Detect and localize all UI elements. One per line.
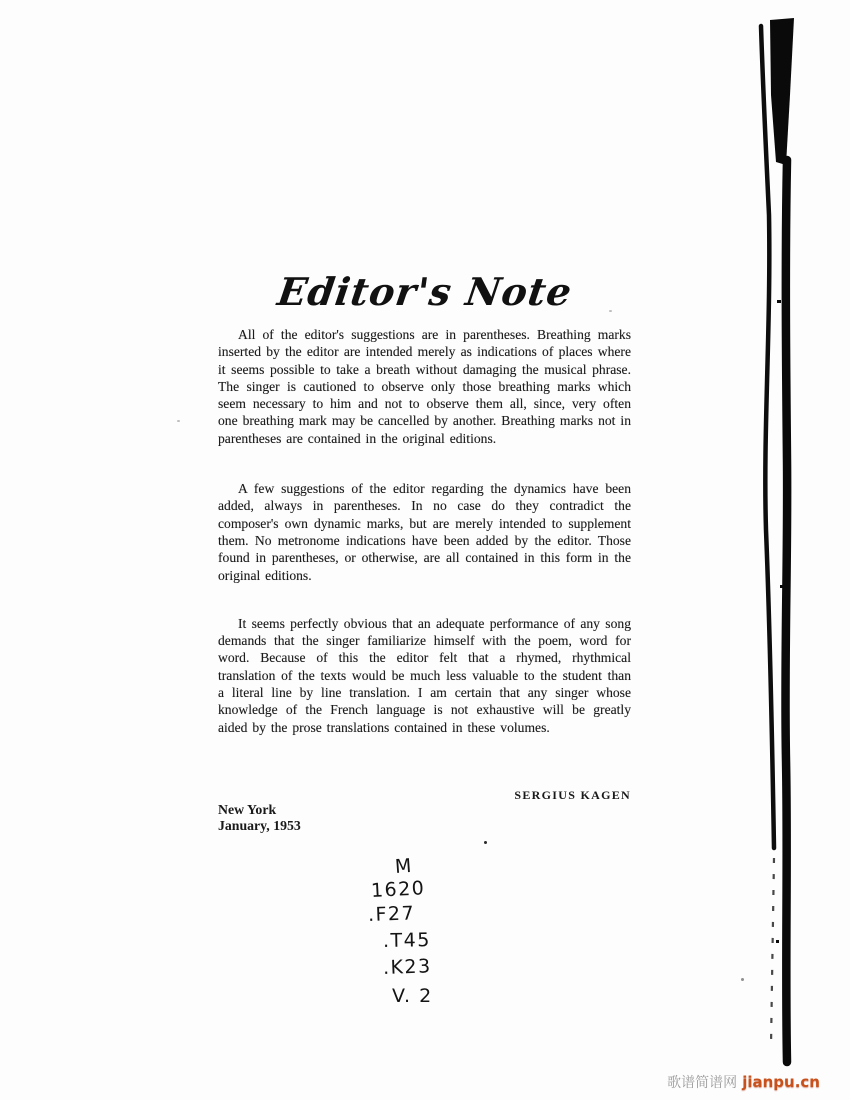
call-number-line: V. 2 [392, 982, 433, 1010]
scanned-book-page: Editor's Note All of the editor's sugges… [0, 0, 850, 1100]
handwritten-call-number: M 1620 .F27 .T45 .K23 V. 2 [368, 855, 433, 1010]
scan-speck [609, 310, 612, 312]
paragraph-dynamics: A few suggestions of the editor regardin… [218, 480, 631, 584]
call-number-line: 1620 [370, 876, 433, 903]
place-date-block: New York January, 1953 [218, 802, 301, 833]
paragraph-breathing-marks: All of the editor's suggestions are in p… [218, 326, 631, 447]
author-signature: SERGIUS KAGEN [218, 788, 631, 803]
place-line: New York [218, 802, 301, 818]
paragraph-translations: It seems perfectly obvious that an adequ… [218, 615, 631, 736]
scan-speck [177, 420, 180, 422]
page-title: Editor's Note [207, 269, 643, 314]
watermark-site-name: 歌谱简谱网 [667, 1075, 737, 1091]
watermark: 歌谱简谱网 jianpu.cn [667, 1072, 820, 1092]
watermark-site-url: jianpu.cn [742, 1073, 820, 1091]
body-text: All of the editor's suggestions are in p… [218, 326, 631, 736]
scan-binding-edge [730, 0, 850, 1100]
call-number-line: .K23 [383, 953, 434, 982]
call-number-line: .T45 [383, 927, 433, 955]
call-number-line: .F27 [368, 901, 434, 928]
ink-dot [484, 841, 487, 844]
date-line: January, 1953 [218, 818, 301, 834]
